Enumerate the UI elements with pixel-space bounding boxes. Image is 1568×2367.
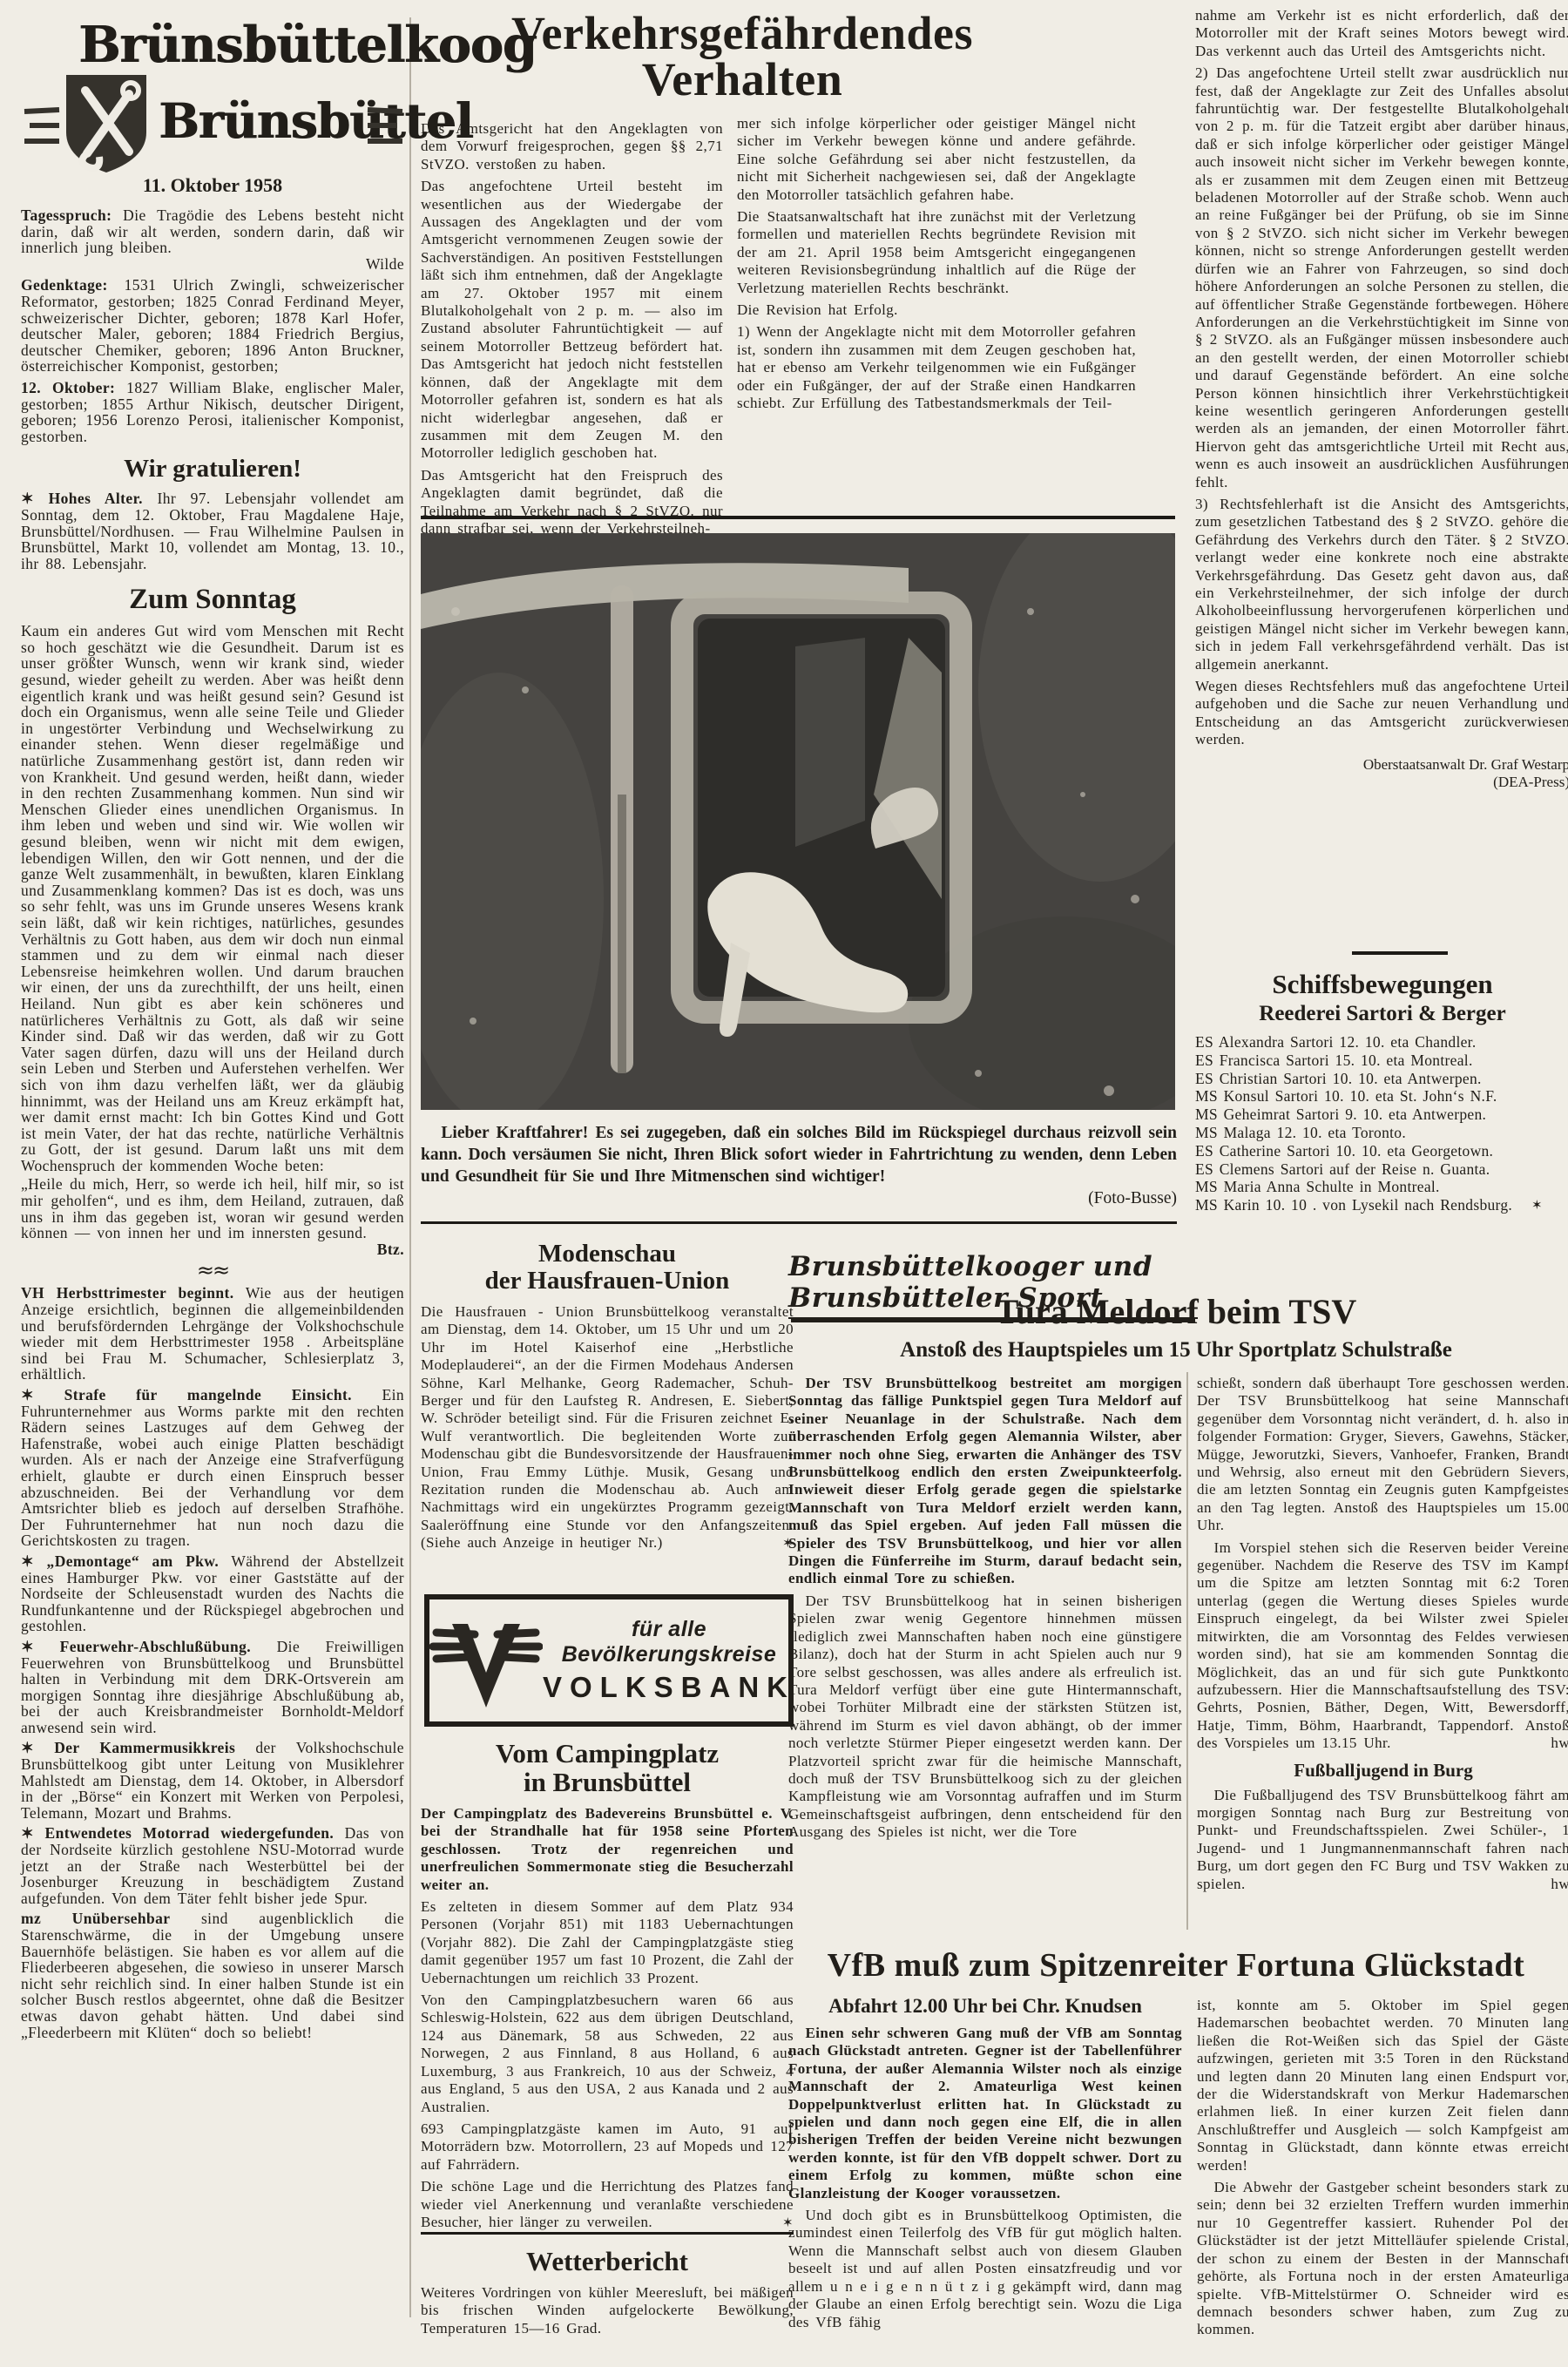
gedenktage-12-oktober: 12. Oktober: 1827 William Blake, englisc… (21, 380, 404, 444)
ship-entry: ES Christian Sartori 10. 10. eta Antwerp… (1195, 1070, 1568, 1088)
squiggle-divider-icon: ≈≈ (21, 1264, 404, 1276)
mirror-photo (421, 533, 1175, 1110)
ship-entry: MS Konsul Sartori 10. 10. eta St. John‘s… (1195, 1087, 1568, 1106)
article-col-4: nahme am Verkehr ist es nicht erforderli… (1195, 7, 1568, 791)
notice-strafe: ✶ Strafe für mangelnde Einsicht. Ein Fuh… (21, 1387, 404, 1549)
masthead: Brünsbüttelkoog Brünsbüttel (21, 19, 404, 169)
tagesspruch: Tagesspruch: Die Tragödie des Lebens bes… (21, 207, 404, 272)
caption-bottom-rule (421, 1221, 1177, 1224)
tura-signature: hw (1534, 1735, 1568, 1752)
ship-entry: ES Catherine Sartori 10. 10. eta Georget… (1195, 1142, 1568, 1160)
tagesspruch-signature: Wilde (21, 256, 404, 273)
newspaper-page: Brünsbüttelkoog Brünsbüttel 11. Oktober … (0, 0, 1568, 2367)
hohes-alter: ✶ Hohes Alter. Ihr 97. Lebensjahr vollen… (21, 490, 404, 571)
modenschau-article: Modenschau der Hausfrauen-Union Die Haus… (421, 1241, 794, 1557)
ship-entry: MS Maria Anna Schulte in Montreal. (1195, 1178, 1568, 1196)
ship-entry: ES Clemens Sartori auf der Reise n. Guan… (1195, 1160, 1568, 1179)
left-column: Brünsbüttelkoog Brünsbüttel 11. Oktober … (21, 19, 404, 2043)
photo-caption: Lieber Kraftfahrer! Es sei zugegeben, da… (421, 1122, 1177, 1209)
gratulieren-heading: Wir gratulieren! (21, 455, 404, 484)
ship-entry: MS Malaga 12. 10. eta Toronto. (1195, 1124, 1568, 1142)
schiffsbewegungen: Schiffsbewegungen Reederei Sartori & Ber… (1195, 969, 1568, 1214)
gedenktage: Gedenktage: 1531 Ulrich Zwingli, schweiz… (21, 277, 404, 375)
campingplatz-heading: Vom Campingplatz (421, 1739, 794, 1768)
jugend-subhead: Fußballjugend in Burg (1197, 1760, 1568, 1782)
rear-mirror-photo-image (421, 533, 1175, 1110)
tura-subhead: Anstoß des Hauptspieles um 15 Uhr Sportp… (784, 1338, 1568, 1363)
vfb-headline: VfB muß zum Spitzenreiter Fortuna Glücks… (784, 1946, 1568, 1985)
ship-list: ES Alexandra Sartori 12. 10. eta Chandle… (1195, 1033, 1568, 1214)
notice-kammermusikkreis: ✶ Der Kammermusikkreis der Volkshochschu… (21, 1740, 404, 1821)
volksbank-ad: für alle Bevölkerungskreise VOLKSBANK (424, 1594, 794, 1727)
notice-feuerwehr: ✶ Feuerwehr-Abschlußübung. Die Freiwilli… (21, 1639, 404, 1736)
wetter-top-rule (421, 2232, 794, 2235)
ship-entry: MS Karin 10. 10 . von Lysekil nach Rends… (1195, 1196, 1568, 1214)
wetterbericht-heading: Wetterbericht (421, 2246, 794, 2277)
notice-vh-herbsttrimester: VH Herbsttrimester beginnt. Wie aus der … (21, 1285, 404, 1383)
ships-title: Schiffsbewegungen (1195, 969, 1568, 1000)
ships-subtitle: Reederei Sartori & Berger (1195, 1002, 1568, 1026)
notice-demontage: ✶ „Demontage“ am Pkw. Während der Abstel… (21, 1553, 404, 1634)
zum-sonntag-heading: Zum Sonntag (21, 584, 404, 616)
photo-top-rule (421, 516, 1175, 519)
volksbank-ad-text: für alle Bevölkerungskreise VOLKSBANK (543, 1617, 795, 1704)
ribbon-left-icon (21, 103, 61, 152)
tura-headline: Tura Meldorf beim TSV (784, 1291, 1568, 1332)
column-divider-sport (1186, 1372, 1188, 1930)
coat-of-arms-icon (61, 71, 152, 174)
vfb-col-a: Einen sehr schweren Gang muß der VfB am … (788, 2025, 1182, 2336)
zum-sonntag-p1: Kaum ein anderes Gut wird vom Menschen m… (21, 623, 404, 1173)
tura-col-b: schießt, sondern daß überhaupt Tore gesc… (1197, 1375, 1568, 1897)
vfb-subhead: Abfahrt 12.00 Uhr bei Chr. Knudsen (788, 1995, 1182, 2018)
ships-top-rule (1352, 951, 1448, 955)
campingplatz-lead: Der Campingplatz des Badevereins Brunsbü… (421, 1805, 794, 1894)
zum-sonntag-signature: Btz. (21, 1241, 404, 1258)
volksbank-v-logo-icon (429, 1608, 543, 1713)
tura-col-a: Der TSV Brunsbüttelkoog bestreitet am mo… (788, 1375, 1182, 1846)
ship-entry: MS Geheimrat Sartori 9. 10. eta Antwerpe… (1195, 1106, 1568, 1124)
notice-unuebersehbar: mz Unübersehbar sind augenblicklich die … (21, 1911, 404, 2040)
main-headline: Verkehrsgefährdendes Verhalten (416, 10, 1068, 103)
vfb-col-b: ist, konnte am 5. Oktober im Spiel gegen… (1197, 1997, 1568, 2343)
wetterbericht: Wetterbericht Weiteres Vordringen von kü… (421, 2246, 794, 2342)
campingplatz-article: Vom Campingplatz in Brunsbüttel Der Camp… (421, 1739, 794, 2235)
column-divider (409, 17, 411, 2317)
article-col-3: mer sich infolge körperlicher oder geist… (737, 115, 1136, 417)
photo-credit: (Foto-Busse) (421, 1187, 1177, 1209)
ship-entry: ES Francisca Sartori 15. 10. eta Montrea… (1195, 1052, 1568, 1070)
jugend-signature: hw (1534, 1876, 1568, 1893)
issue-date: 11. Oktober 1958 (21, 174, 404, 197)
modenschau-heading: Modenschau (421, 1241, 794, 1268)
article-col-2: Das Amtsgericht hat den Angeklagten von … (421, 120, 723, 542)
article-signature: Oberstaatsanwalt Dr. Graf Westarp (1195, 756, 1568, 774)
notice-motorrad: ✶ Entwendetes Motorrad wiedergefunden. D… (21, 1825, 404, 1906)
ribbon-right-icon (366, 103, 406, 152)
article-agency: (DEA-Press) (1195, 774, 1568, 791)
ship-entry: ES Alexandra Sartori 12. 10. eta Chandle… (1195, 1033, 1568, 1052)
zum-sonntag-p2: „Heile du mich, Herr, so werde ich heil,… (21, 1176, 404, 1257)
